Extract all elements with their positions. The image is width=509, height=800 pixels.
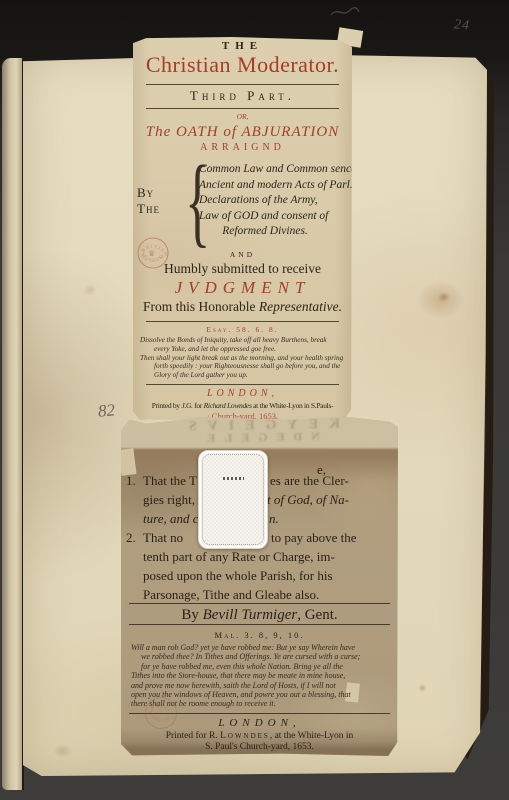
- verse-line: for ye have robbed me, even this whole N…: [131, 662, 392, 671]
- imprint-city: LONDON,: [133, 388, 352, 400]
- verse-line: Dissolve the Bonds of Iniquity, take off…: [140, 336, 345, 345]
- claim-line: posed upon the whole Parish, for his: [121, 568, 398, 587]
- handwritten-folio-number: 24: [453, 17, 470, 34]
- claim-line: tenth part of any Rate or Charge, im-: [121, 549, 398, 568]
- verse-line: every Yoke, and let the oppressed goe fr…: [140, 345, 345, 354]
- or-word: OR,: [133, 112, 352, 121]
- handwritten-margin-number: 82: [97, 400, 116, 421]
- scripture-reference: Mal. 3. 8, 9, 10.: [121, 630, 398, 640]
- imprint-line: Printed by J.G. for Richard Lowndes at t…: [133, 401, 352, 411]
- verse-line: Glory of the Lord gather you up.: [140, 371, 345, 380]
- imprint-line-2: S. Paul's Church-yard, 1653.: [121, 742, 398, 753]
- printed-rule: [129, 603, 389, 604]
- scripture-reference: Esay. 58. 6. 8.: [133, 325, 352, 334]
- british-museum-stamp: BRITISH MUSEUM ♛: [135, 235, 171, 271]
- book-scan-scene: 24 82 THE Christian Moderator. Third Par…: [0, 0, 509, 800]
- verse-line: we robbed thee? In Tithes and Offerings.…: [131, 652, 392, 661]
- main-title: Christian Moderator.: [133, 52, 352, 78]
- foxing-spot: [53, 744, 73, 758]
- author-byline: By Bevill Turmiger, Gent.: [121, 606, 398, 624]
- authorities-brace-block: By The { Common Law and Common sence, An…: [137, 159, 352, 243]
- patch-stitch-mark: [223, 477, 244, 480]
- verse-line: Will a man rob God? yet ye have robbed m…: [131, 643, 392, 652]
- authority-line: Ancient and modern Acts of Parl.: [199, 178, 359, 194]
- crown-icon: ♛: [148, 249, 155, 258]
- subtitle-arraignd: ARRAIGND: [133, 142, 352, 154]
- from-line: From this Honorable Representative.: [133, 299, 352, 315]
- previous-leaf-edge: [2, 58, 24, 790]
- printed-rule: [146, 321, 339, 322]
- printed-rule: [146, 84, 339, 85]
- authorities-list: Common Law and Common sence, Ancient and…: [199, 162, 359, 240]
- part-heading: Third Part.: [133, 89, 352, 103]
- verse-line: Then shall your light break out as the m…: [140, 354, 345, 363]
- foxing-spot: [438, 292, 450, 302]
- subtitle-oath: The OATH of ABJURATION: [133, 123, 352, 141]
- authority-line: Reformed Divines.: [199, 224, 359, 240]
- judgment-word: JVDGMENT: [133, 278, 352, 298]
- scripture-quote: Dissolve the Bonds of Iniquity, take off…: [133, 334, 352, 380]
- printed-rule: [146, 384, 339, 385]
- verse-line: and prove me now herewith, saith the Lor…: [131, 681, 392, 690]
- white-repair-patch: [198, 450, 268, 549]
- pencil-mark: [329, 5, 361, 19]
- title-word-the: THE: [133, 37, 352, 52]
- by-the-label: By The: [137, 185, 181, 217]
- printed-rule: [146, 108, 339, 109]
- authority-line: Law of GOD and consent of: [199, 209, 359, 225]
- curly-brace: {: [185, 157, 195, 245]
- foxing-spot: [83, 284, 97, 296]
- authority-line: Common Law and Common sence,: [199, 162, 359, 178]
- printed-rule: [129, 624, 389, 625]
- authority-line: Declarations of the Army,: [199, 193, 359, 209]
- clipping-title-page: THE Christian Moderator. Third Part. OR,…: [133, 37, 352, 421]
- verse-line: Tithes into the Store-house, that there …: [131, 671, 392, 680]
- foxing-spot: [418, 684, 427, 692]
- verse-line: forth speedily : your Righteousnesse sha…: [140, 362, 345, 371]
